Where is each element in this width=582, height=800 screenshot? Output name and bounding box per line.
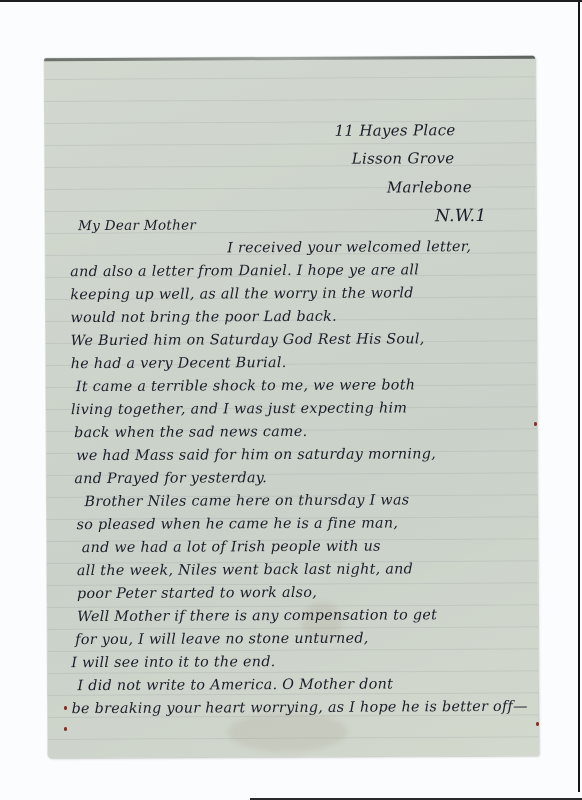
body-line: for you, I will leave no stone unturned, [75,631,369,649]
body-line: so pleased when he came he is a fine man… [77,515,399,533]
body-line: living together, and I was just expectin… [71,400,407,418]
body-line: Brother Niles came here on thursday I wa… [84,492,409,510]
body-line: back when the sad news came. [74,424,307,441]
body-line: I received your welcomed letter, [227,239,471,256]
body-line: we had Mass said for him on saturday mor… [76,446,436,464]
scanned-page: 11 Hayes Place Lisson Grove Marlebone N.… [0,0,582,800]
letter-body: I received your welcomed letter, and als… [44,56,535,59]
body-line: I will see into it to the end. [71,654,275,671]
address-line: Marlebone [387,178,472,196]
paper-stain [228,712,348,753]
body-line: all the week, Niles went back last night… [77,561,413,579]
letter-paper: 11 Hayes Place Lisson Grove Marlebone N.… [44,56,539,759]
body-line: poor Peter started to work also, [77,585,317,602]
margin-mark [534,422,537,426]
address-line: N.W.1 [435,206,487,226]
margin-mark [64,727,67,731]
body-line: would not bring the poor Lad back. [70,309,336,326]
body-line: and Prayed for yesterday. [74,470,267,487]
address-line: Lisson Grove [352,149,455,168]
body-line: I did not write to America. O Mother don… [77,676,393,694]
margin-mark [64,706,67,710]
body-line: he had a very Decent Burial. [71,355,287,372]
address-line: 11 Hayes Place [335,121,456,140]
body-line: Well Mother if there is any compensation… [77,607,437,625]
body-line: It came a terrible shock to me, we were … [76,377,415,395]
body-line: and also a letter from Daniel. I hope ye… [70,262,419,280]
body-line: be breaking your heart worrying, as I ho… [72,699,528,717]
body-line: We Buried him on Saturday God Rest His S… [71,331,425,349]
body-line: keeping up well, as all the worry in the… [70,285,413,303]
salutation: My Dear Mother [78,217,196,234]
body-line: and we had a lot of Irish people with us [82,539,381,557]
sender-address: 11 Hayes Place Lisson Grove Marlebone N.… [44,56,535,59]
margin-mark [536,722,539,726]
scanner-edge-right [578,2,580,792]
